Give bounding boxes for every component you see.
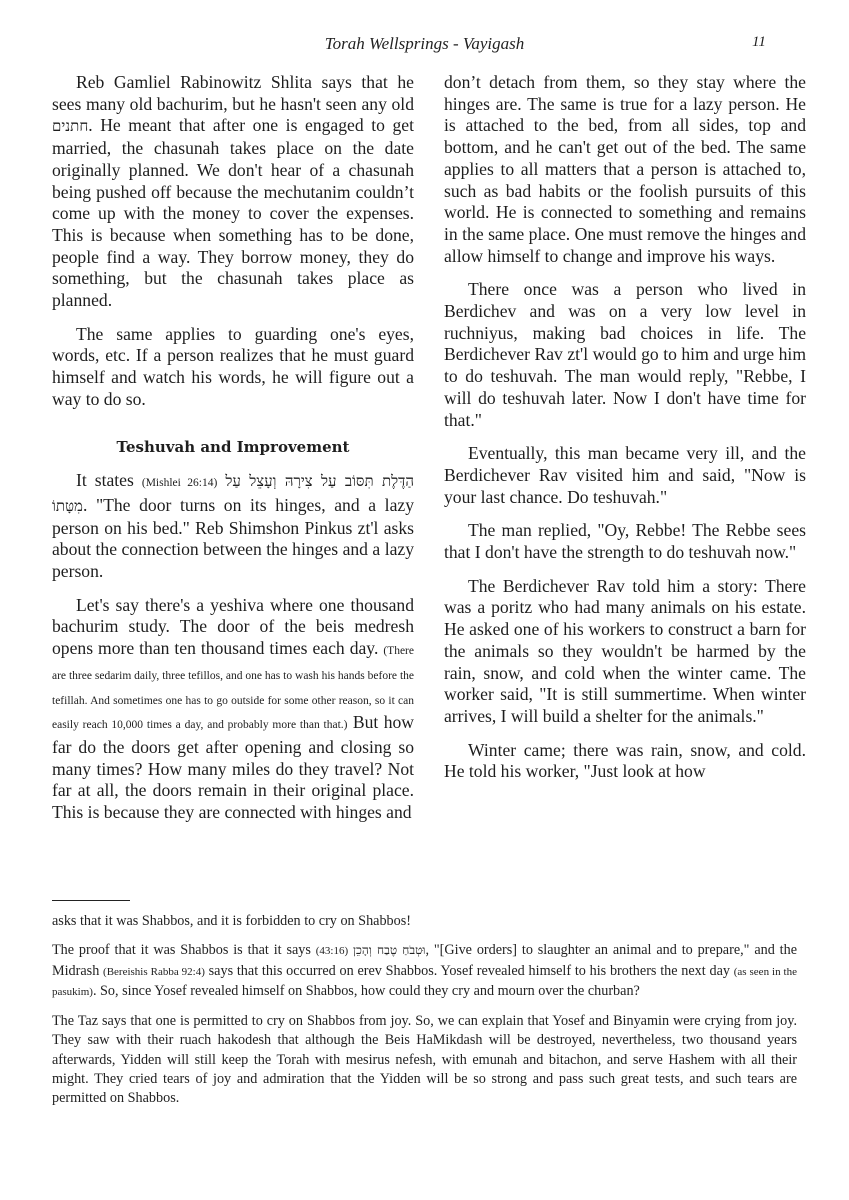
hebrew-text: חתנים <box>52 117 88 135</box>
paragraph: don’t detach from them, so they stay whe… <box>444 72 806 267</box>
paragraph: Reb Gamliel Rabinowitz Shlita says that … <box>52 72 414 312</box>
running-title: Torah Wellsprings - Vayigash <box>0 34 849 54</box>
footnotes: asks that it was Shabbos, and it is forb… <box>52 912 797 1119</box>
text: . He meant that after one is engaged to … <box>52 115 414 310</box>
paragraph: It states (Mishlei 26:14) הַדֶּלֶת תִּסּ… <box>52 470 414 583</box>
paragraph: The same applies to guarding one's eyes,… <box>52 324 414 411</box>
paragraph: Let's say there's a yeshiva where one th… <box>52 595 414 824</box>
paragraph: The man replied, "Oy, Rebbe! The Rebbe s… <box>444 520 806 563</box>
footnote: The Taz says that one is permitted to cr… <box>52 1012 797 1108</box>
footnote-separator <box>52 900 130 901</box>
text: . So, since Yosef revealed himself on Sh… <box>93 983 640 999</box>
section-heading: Teshuvah and Improvement <box>52 437 414 459</box>
text: It states <box>76 470 142 490</box>
text: says that this occurred on erev Shabbos.… <box>205 963 734 979</box>
footnote: asks that it was Shabbos, and it is forb… <box>52 912 797 931</box>
page-header: Torah Wellsprings - Vayigash 11 <box>0 30 849 58</box>
text: The proof that it was Shabbos is that it… <box>52 942 316 958</box>
paragraph: Winter came; there was rain, snow, and c… <box>444 740 806 783</box>
source-citation: (43:16) <box>316 945 348 957</box>
paragraph: The Berdichever Rav told him a story: Th… <box>444 576 806 728</box>
footnote: The proof that it was Shabbos is that it… <box>52 941 797 1002</box>
right-column: don’t detach from them, so they stay whe… <box>444 72 806 795</box>
paragraph: Eventually, this man became very ill, an… <box>444 443 806 508</box>
source-citation: (Bereishis Rabba 92:4) <box>103 966 205 978</box>
text: Let's say there's a yeshiva where one th… <box>52 595 414 658</box>
text: Reb Gamliel Rabinowitz Shlita says that … <box>52 72 414 114</box>
hebrew-verse: וּטְבֹחַ טֶבַח וְהָכֵן <box>353 943 426 957</box>
text: . "The door turns on its hinges, and a l… <box>52 495 414 581</box>
paragraph: There once was a person who lived in Ber… <box>444 279 806 431</box>
source-citation: (Mishlei 26:14) <box>142 477 217 489</box>
page-number: 11 <box>752 34 766 51</box>
left-column: Reb Gamliel Rabinowitz Shlita says that … <box>52 72 414 836</box>
